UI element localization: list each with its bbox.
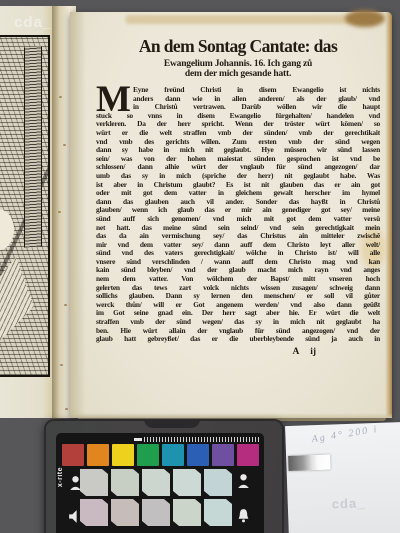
xrite-logo: x-rite [57, 467, 64, 487]
photograph-of-open-book: An dem Sontag Cantate: das Ewangelium Jo… [0, 0, 400, 533]
portrait-icon [69, 475, 82, 492]
color-swatch [237, 444, 259, 466]
text-line: würt er die welt straffen vmb der sünden… [96, 129, 380, 138]
text-line: ben. Hie würt allain der vnglaub für sün… [96, 327, 380, 336]
text-line: straffen vmb der sünd wegen/ das sy in m… [96, 318, 380, 327]
foxing-spot [59, 96, 62, 98]
text-line: mir vnd dem vatter sey/ dann auff dem Ch… [96, 241, 380, 250]
text-line: vnd vmb des gerichts willen. Zum ersten … [96, 138, 380, 147]
color-swatch [204, 499, 232, 526]
color-swatch [187, 444, 209, 466]
page-content: An dem Sontag Cantate: das Ewangelium Jo… [96, 36, 380, 357]
text-line: sollichs glauben. Dann sy lernen den men… [96, 292, 380, 301]
text-line: sein/ was von der hohen maiestat sünden … [96, 155, 380, 164]
page-top-stain [125, 15, 377, 24]
foxing-spot [58, 211, 61, 213]
text-line: net hatt. das meine sünd sein seind/ vnd… [96, 224, 380, 233]
cda-watermark: cda_ [14, 14, 52, 31]
color-swatch [112, 444, 134, 466]
ruler-zero-mark [134, 438, 142, 441]
foxing-spot [60, 364, 63, 366]
text-line: kain sünd bleyben/ vnd der glaub macht m… [96, 266, 380, 275]
text-line: vnsere sünd verschlinden / wann auff dem… [96, 258, 380, 267]
color-swatch [80, 499, 108, 526]
color-calibration-card: x-rite [44, 419, 284, 533]
color-swatch [80, 469, 108, 496]
signature-mark: A ij [96, 347, 380, 357]
text-line: umb das sy in mich (spriche der herr) ni… [96, 172, 380, 181]
recto-page: An dem Sontag Cantate: das Ewangelium Jo… [70, 12, 392, 418]
bell-icon [237, 508, 250, 525]
cda-watermark: cda_ [332, 495, 366, 511]
text-line: anders dann wie in allen anderen/ als de… [133, 95, 380, 104]
text-line: oder mit got dem vatter in gleichem gewa… [96, 189, 380, 198]
color-patch-row-neutral-1 [80, 469, 232, 496]
page-bottom-edge [70, 413, 392, 418]
text-line: stuck so vnns in disem Ewangelio fürgeha… [96, 112, 380, 121]
text-line: sünd auff sich genomen/ vnd mich mit got… [96, 215, 380, 224]
text-line: ist aber in Christum glaubt? Es ist nit … [96, 181, 380, 190]
drop-cap-initial: M [96, 83, 133, 108]
page-subtitle-line1: Ewangelium Johannis. 16. Ich gang zů [96, 59, 380, 69]
text-line: verkleren. Da der herr spricht. Wenn der… [96, 120, 380, 129]
text-line: gelerten das tews zart volck nichts wiss… [96, 284, 380, 293]
color-swatch [173, 499, 201, 526]
woodcut-wedge-detail [0, 257, 34, 347]
foxing-spot [65, 408, 68, 410]
grayscale-strip [288, 455, 330, 471]
body-lines: Eyne freünd Christi in disem Ewangelio i… [96, 86, 380, 344]
body-text: M Eyne freünd Christi in disem Ewangelio… [96, 86, 380, 344]
text-line: nem dem vatter. Von wölchem der Bapst/ m… [96, 275, 380, 284]
card-notch [144, 419, 200, 428]
card-patch-panel: x-rite [56, 433, 264, 533]
color-swatch [137, 444, 159, 466]
page-corner-stain [345, 10, 385, 27]
text-line: werck thůn/ will er Got angenem werden/ … [96, 301, 380, 310]
text-line: das da ain vermischung sey/ das Christus… [96, 232, 380, 241]
foxing-spot [63, 144, 66, 146]
color-patch-row-primary [62, 444, 259, 466]
text-line: glaub hatt gebreyßet/ das er die uberble… [96, 335, 380, 344]
shelfmark-label: Ag 4° 200 i cda_ [285, 422, 400, 533]
text-line: im Got seine gnad ein. Der herr sagt abe… [96, 309, 380, 318]
color-swatch [142, 469, 170, 496]
color-swatch [212, 444, 234, 466]
color-swatch [173, 469, 201, 496]
color-swatch [87, 444, 109, 466]
text-line: glauben/ wenn ich glaub das er mir ain g… [96, 206, 380, 215]
page-right-edge [385, 12, 392, 418]
color-swatch [162, 444, 184, 466]
color-swatch [62, 444, 84, 466]
color-swatch [111, 469, 139, 496]
page-subtitle-line2: dem der mich gesande hatt. [96, 69, 380, 79]
ruler-scale [144, 437, 260, 442]
foxing-spot [64, 304, 67, 306]
color-swatch [111, 499, 139, 526]
page-title: An dem Sontag Cantate: das [96, 36, 380, 57]
text-line: in Christů vertrawen. Darüb wöllen wir d… [133, 103, 380, 112]
portrait-icon [237, 473, 250, 490]
color-swatch [142, 499, 170, 526]
text-line: dann das glauben auch vil ander. Sonder … [96, 198, 380, 207]
text-line: dann sy habe in mich nit geglaubt. Hye m… [96, 146, 380, 155]
color-patch-row-neutral-2 [80, 499, 232, 526]
woodcut-column-detail [24, 46, 42, 247]
page-fold-shadow [70, 12, 86, 418]
speaker-icon [68, 509, 81, 526]
text-line: Eyne freünd Christi in disem Ewangelio i… [133, 86, 380, 95]
shelfmark-handwriting: Ag 4° 200 i [311, 424, 379, 445]
woodcut-illustration [0, 35, 50, 377]
text-line: sünd vnd des vaters gerechtigkait/ wölch… [96, 249, 380, 258]
text-line: schlossen/ dann alhie würt der vnglaub f… [96, 163, 380, 172]
color-swatch [204, 469, 232, 496]
